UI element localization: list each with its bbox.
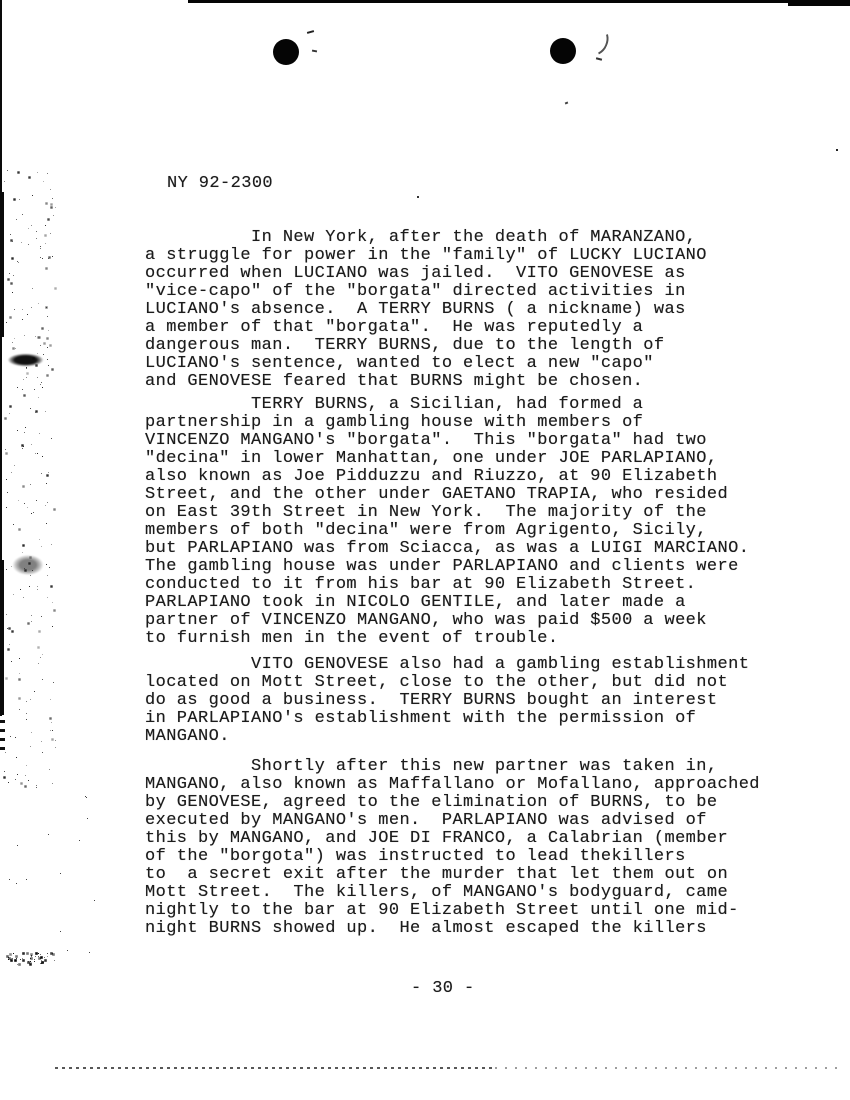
scan-speck — [565, 102, 569, 105]
paragraph-3: VITO GENOVESE also had a gambling establ… — [145, 656, 749, 746]
paragraph-2: TERRY BURNS, a Sicilian, had formed a pa… — [145, 396, 749, 648]
hole-punch-mark-left — [273, 39, 299, 65]
scratch-mark — [579, 22, 613, 59]
scan-left-edge-ticks — [0, 720, 5, 754]
scan-left-edge-bar — [0, 560, 4, 715]
scan-speck — [417, 196, 419, 198]
scratch-mark — [596, 57, 602, 60]
paragraph-4: Shortly after this new partner was taken… — [145, 758, 760, 938]
scratch-mark — [312, 50, 317, 53]
left-margin-smudge — [8, 552, 48, 578]
bottom-scan-dash-line — [495, 1067, 845, 1069]
scan-speck — [836, 149, 838, 151]
left-edge-speckle — [4, 168, 5, 169]
hole-punch-mark-right — [550, 38, 576, 64]
bottom-scan-dash-line — [55, 1067, 495, 1069]
footer-left-smudge — [7, 953, 8, 954]
file-number: NY 92-2300 — [167, 175, 273, 193]
paragraph-1: In New York, after the death of MARANZAN… — [145, 229, 707, 391]
left-margin-smudge — [4, 352, 52, 368]
scan-top-edge-line — [188, 0, 850, 3]
scratch-mark — [307, 30, 314, 34]
scanned-document-page: NY 92-2300 In New York, after the death … — [0, 0, 850, 1100]
page-number: - 30 - — [411, 980, 475, 998]
scan-left-edge-bar — [0, 192, 4, 337]
scan-top-edge-thick — [788, 0, 850, 6]
